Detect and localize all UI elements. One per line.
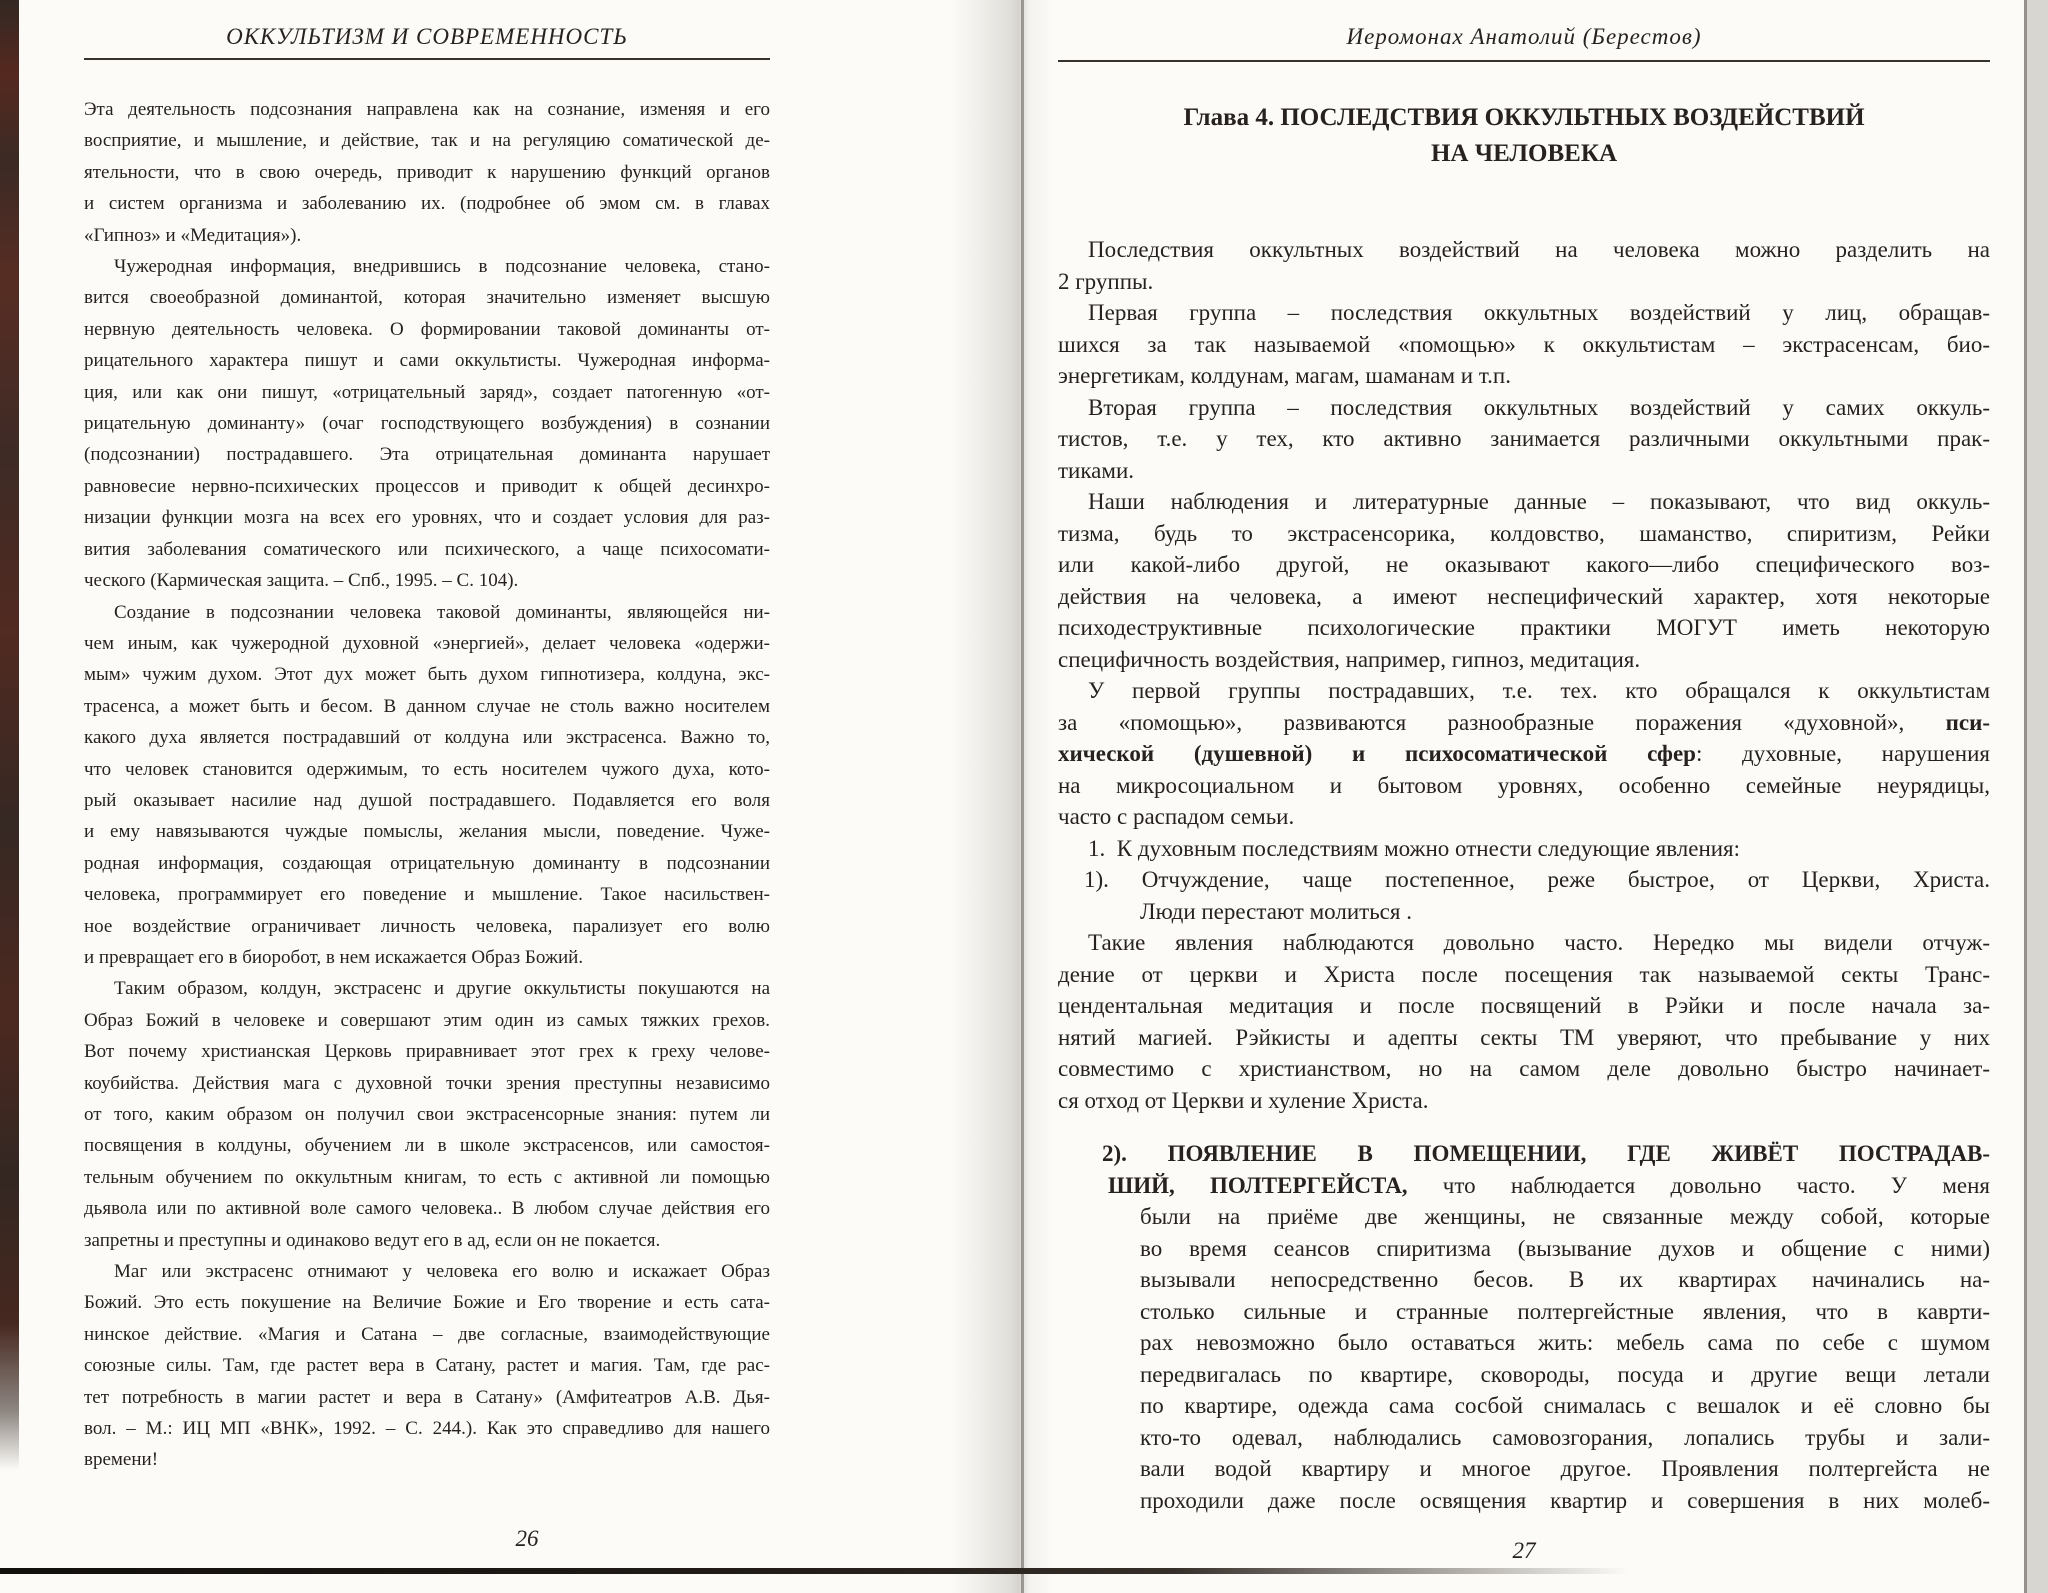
- page-number-left: 26: [84, 1524, 770, 1554]
- running-head-left: ОККУЛЬТИЗМ И СОВРЕМЕННОСТЬ: [84, 22, 770, 52]
- text-segment: рах невозможно было оставаться жить: меб…: [1140, 1330, 1990, 1355]
- text-line: посвящения в колдуны, обучением ли в шко…: [84, 1130, 770, 1161]
- text-line: шихся за так называемой «помощью» к окку…: [1058, 329, 1990, 361]
- text-segment: Первая группа – последствия оккультных в…: [1088, 300, 1990, 325]
- text-segment: и ему навязываются чуждые помыслы, желан…: [84, 821, 770, 842]
- text-segment: нятий магией. Рэйкисты и адепты секты ТМ…: [1058, 1025, 1990, 1050]
- text-segment: проходили даже после освящения квартир и…: [1140, 1488, 1990, 1513]
- text-line: или какой-либо другой, не оказывают како…: [1058, 549, 1990, 581]
- text-line: вится своеобразной доминантой, которая з…: [84, 282, 770, 313]
- text-segment: Создание в подсознании человека таковой …: [114, 602, 770, 623]
- text-line: рый оказывает насилие над душой пострада…: [84, 785, 770, 816]
- text-segment: и превращает его в биоробот, в нем искаж…: [84, 947, 583, 968]
- text-segment: «Гипноз» и «Медитация»).: [84, 225, 301, 246]
- text-segment: Эта деятельность подсознания направлена …: [84, 99, 770, 120]
- text-segment: человека, программирует его поведение и …: [84, 884, 770, 905]
- text-line: что человек становится одержимым, то ест…: [84, 754, 770, 785]
- text-segment: вол. – М.: ИЦ МП «ВНК», 1992. – С. 244.)…: [84, 1418, 770, 1439]
- text-segment: часто с распадом семьи.: [1058, 804, 1294, 829]
- text-line: ное воздействие ограничивает личность че…: [84, 911, 770, 942]
- book-scan: ОККУЛЬТИЗМ И СОВРЕМЕННОСТЬ Эта деятельно…: [0, 0, 2048, 1593]
- text-segment: специфичность воздействия, например, гип…: [1058, 647, 1640, 672]
- text-line: на микросоциальном и бытовом уровнях, ос…: [1058, 770, 1990, 802]
- text-line: за «помощью», развиваются разнообразные …: [1058, 707, 1990, 739]
- text-line: «Гипноз» и «Медитация»).: [84, 220, 770, 251]
- text-line: действия на человека, а имеют неспецифич…: [1058, 581, 1990, 613]
- text-line: восприятие, и мышление, и действие, так …: [84, 125, 770, 156]
- text-segment: ческого (Кармическая защита. – Спб., 199…: [84, 570, 518, 591]
- text-segment: дение от церкви и Христа после посещения…: [1058, 962, 1990, 987]
- text-line: были на приёме две женщины, не связанные…: [1058, 1201, 1990, 1233]
- text-segment: на микросоциальном и бытовом уровнях, ос…: [1058, 773, 1990, 798]
- header-rule-right: [1058, 60, 1990, 62]
- text-segment: рицательную доминанту» (очаг господствую…: [84, 413, 770, 434]
- bold-text-segment: ШИЙ, ПОЛТЕРГЕЙСТА,: [1108, 1173, 1408, 1198]
- text-line: трасенса, а может быть и бесом. В данном…: [84, 691, 770, 722]
- text-segment: тет потребность в магии растет и вера в …: [84, 1387, 770, 1408]
- text-line: столько сильные и странные полтергейстны…: [1058, 1296, 1990, 1328]
- text-segment: Наши наблюдения и литературные данные – …: [1088, 489, 1990, 514]
- text-segment: рый оказывает насилие над душой пострада…: [84, 790, 770, 811]
- text-line: часто с распадом семьи.: [1058, 801, 1990, 833]
- text-line: запретны и преступны и одинаково ведут е…: [84, 1225, 770, 1256]
- text-segment: Божий. Это есть покушение на Величие Бож…: [84, 1292, 770, 1313]
- text-line: энергетикам, колдунам, магам, шаманам и …: [1058, 360, 1990, 392]
- page-gutter-shadow: [950, 0, 1054, 1593]
- text-line: коубийства. Действия мага с духовной точ…: [84, 1068, 770, 1099]
- text-line: Наши наблюдения и литературные данные – …: [1058, 486, 1990, 518]
- text-line: Первая группа – последствия оккультных в…: [1058, 297, 1990, 329]
- text-line: проходили даже после освящения квартир и…: [1058, 1485, 1990, 1517]
- text-line: специфичность воздействия, например, гип…: [1058, 644, 1990, 676]
- text-segment: ятельности, что в свою очередь, приводит…: [84, 162, 770, 183]
- text-line: тистов, т.е. у тех, кто активно занимает…: [1058, 423, 1990, 455]
- text-line: дение от церкви и Христа после посещения…: [1058, 959, 1990, 991]
- text-line: тизма, будь то экстрасенсорика, колдовст…: [1058, 518, 1990, 550]
- text-segment: или какой-либо другой, не оказывают како…: [1058, 552, 1990, 577]
- text-line: нервную деятельность человека. О формиро…: [84, 314, 770, 345]
- text-line: вали водой квартиру и многое другое. Про…: [1058, 1453, 1990, 1485]
- text-segment: вится своеобразной доминантой, которая з…: [84, 287, 770, 308]
- running-head-right: Иеромонах Анатолий (Берестов): [1058, 22, 1990, 52]
- text-line: 1). Отчуждение, чаще постепенное, реже б…: [1058, 864, 1990, 896]
- text-segment: передвигалась по квартире, сковороды, по…: [1140, 1362, 1990, 1387]
- text-segment: столько сильные и странные полтергейстны…: [1140, 1299, 1990, 1324]
- text-line: Маг или экстрасенс отнимают у человека е…: [84, 1256, 770, 1287]
- text-line: чем иным, как чужеродной духовной «энерг…: [84, 628, 770, 659]
- text-line: Таким образом, колдун, экстрасенс и друг…: [84, 973, 770, 1004]
- text-segment: чем иным, как чужеродной духовной «энерг…: [84, 633, 770, 654]
- text-segment: ное воздействие ограничивает личность че…: [84, 916, 770, 937]
- page-body-left: Эта деятельность подсознания направлена …: [84, 94, 770, 1476]
- text-line: У первой группы пострадавших, т.е. тех. …: [1058, 675, 1990, 707]
- text-line: времени!: [84, 1444, 770, 1475]
- text-segment: тистов, т.е. у тех, кто активно занимает…: [1058, 426, 1990, 451]
- chapter-heading-line: Глава 4. ПОСЛЕДСТВИЯ ОККУЛЬТНЫХ ВОЗДЕЙСТ…: [1058, 100, 1990, 136]
- text-segment: Вот почему христианская Церковь приравни…: [84, 1041, 770, 1062]
- text-line: тельным обучением по оккультным книгам, …: [84, 1162, 770, 1193]
- scan-edge-left: [0, 0, 19, 1470]
- text-line: рицательную доминанту» (очаг господствую…: [84, 408, 770, 439]
- page-body-right: Последствия оккультных воздействий на че…: [1058, 234, 1990, 1516]
- text-segment: во время сеансов спиритизма (вызывание д…: [1140, 1236, 1990, 1261]
- text-line: по квартире, одежда сама сосбой снималас…: [1058, 1390, 1990, 1422]
- text-segment: Маг или экстрасенс отнимают у человека е…: [114, 1261, 770, 1282]
- text-segment: запретны и преступны и одинаково ведут е…: [84, 1230, 660, 1251]
- bold-text-segment: хической (душевной) и психосоматической …: [1058, 741, 1696, 766]
- text-segment: союзные силы. Там, где растет вера в Сат…: [84, 1355, 770, 1376]
- text-line: нятий магией. Рэйкисты и адепты секты ТМ…: [1058, 1022, 1990, 1054]
- text-line: какого духа является пострадавший от кол…: [84, 722, 770, 753]
- text-segment: Люди перестают молиться .: [1140, 899, 1412, 924]
- text-segment: посвящения в колдуны, обучением ли в шко…: [84, 1135, 770, 1156]
- text-segment: что наблюдается довольно часто. У меня: [1408, 1173, 1990, 1198]
- text-line: 1. К духовным последствиям можно отнести…: [1058, 833, 1990, 865]
- text-line: ческого (Кармическая защита. – Спб., 199…: [84, 565, 770, 596]
- text-line: низации функции мозга на всех его уровня…: [84, 502, 770, 533]
- scan-edge-right-line: [2024, 0, 2027, 1593]
- text-segment: действия на человека, а имеют неспецифич…: [1058, 584, 1990, 609]
- text-line: от того, каким образом он получил свои э…: [84, 1099, 770, 1130]
- text-line: вол. – М.: ИЦ МП «ВНК», 1992. – С. 244.)…: [84, 1413, 770, 1444]
- bold-text-segment: пси-: [1946, 710, 1990, 735]
- text-segment: Образ Божий в человеке и совершают этим …: [84, 1010, 770, 1031]
- text-segment: были на приёме две женщины, не связанные…: [1140, 1204, 1990, 1229]
- text-segment: ция, или как они пишут, «отрицательный з…: [84, 382, 770, 403]
- text-segment: 1. К духовным последствиям можно отнести…: [1088, 836, 1740, 861]
- text-segment: совместимо с христианством, но на самом …: [1058, 1056, 1990, 1081]
- text-line: ция, или как они пишут, «отрицательный з…: [84, 377, 770, 408]
- page-number-right: 27: [1058, 1536, 1990, 1566]
- text-segment: что человек становится одержимым, то ест…: [84, 759, 770, 780]
- page-left: ОККУЛЬТИЗМ И СОВРЕМЕННОСТЬ Эта деятельно…: [84, 22, 770, 1554]
- text-segment: психодеструктивные психологические практ…: [1058, 615, 1990, 640]
- text-line: совместимо с христианством, но на самом …: [1058, 1053, 1990, 1085]
- text-line: ся отход от Церкви и хуление Христа.: [1058, 1085, 1990, 1117]
- text-line: союзные силы. Там, где растет вера в Сат…: [84, 1350, 770, 1381]
- text-segment: У первой группы пострадавших, т.е. тех. …: [1088, 678, 1990, 703]
- text-segment: коубийства. Действия мага с духовной точ…: [84, 1073, 770, 1094]
- text-line: вызывали непосредственно бесов. В их ква…: [1058, 1264, 1990, 1296]
- text-segment: ся отход от Церкви и хуление Христа.: [1058, 1088, 1428, 1113]
- text-segment: вития заболевания соматического или псих…: [84, 539, 770, 560]
- text-segment: равновесие нервно-психических процессов …: [84, 476, 770, 497]
- text-line: ШИЙ, ПОЛТЕРГЕЙСТА, что наблюдается довол…: [1058, 1170, 1990, 1202]
- text-line: и превращает его в биоробот, в нем искаж…: [84, 942, 770, 973]
- text-segment: и систем организма и заболеванию их. (по…: [84, 193, 770, 214]
- text-segment: по квартире, одежда сама сосбой снималас…: [1140, 1393, 1990, 1418]
- text-line: рицательного характера пишут и сами окку…: [84, 345, 770, 376]
- bold-text-segment: 2). ПОЯВЛЕНИЕ В ПОМЕЩЕНИИ, ГДЕ ЖИВЁТ ПОС…: [1102, 1141, 1990, 1166]
- text-line: тет потребность в магии растет и вера в …: [84, 1382, 770, 1413]
- text-line: ятельности, что в свою очередь, приводит…: [84, 157, 770, 188]
- text-line: передвигалась по квартире, сковороды, по…: [1058, 1359, 1990, 1391]
- text-segment: времени!: [84, 1449, 158, 1470]
- text-segment: (подсознании) пострадавшего. Эта отрицат…: [84, 444, 770, 465]
- text-line: хической (душевной) и психосоматической …: [1058, 738, 1990, 770]
- text-line: дьявола или по активной воле самого чело…: [84, 1193, 770, 1224]
- text-line: Образ Божий в человеке и совершают этим …: [84, 1005, 770, 1036]
- text-segment: 1). Отчуждение, чаще постепенное, реже б…: [1084, 867, 1990, 892]
- scan-edge-right: [2027, 0, 2048, 1593]
- chapter-heading: Глава 4. ПОСЛЕДСТВИЯ ОККУЛЬТНЫХ ВОЗДЕЙСТ…: [1058, 100, 1990, 172]
- text-segment: тизма, будь то экстрасенсорика, колдовст…: [1058, 521, 1990, 546]
- text-line: равновесие нервно-психических процессов …: [84, 471, 770, 502]
- text-line: Божий. Это есть покушение на Величие Бож…: [84, 1287, 770, 1318]
- text-segment: родная информация, создающая отрицательн…: [84, 853, 770, 874]
- text-segment: 2 группы.: [1058, 269, 1153, 294]
- text-segment: вызывали непосредственно бесов. В их ква…: [1140, 1267, 1990, 1292]
- text-segment: Чужеродная информация, внедрившись в под…: [114, 256, 770, 277]
- text-line: во время сеансов спиритизма (вызывание д…: [1058, 1233, 1990, 1265]
- text-line: цендентальная медитация и после посвящен…: [1058, 990, 1990, 1022]
- text-segment: тельным обучением по оккультным книгам, …: [84, 1167, 770, 1188]
- text-line: мым» чужим духом. Этот дух может быть ду…: [84, 659, 770, 690]
- text-line: Такие явления наблюдаются довольно часто…: [1058, 927, 1990, 959]
- page-gutter-line: [1021, 0, 1024, 1593]
- text-segment: цендентальная медитация и после посвящен…: [1058, 993, 1990, 1018]
- text-line: Эта деятельность подсознания направлена …: [84, 94, 770, 125]
- text-line: психодеструктивные психологические практ…: [1058, 612, 1990, 644]
- text-line: Создание в подсознании человека таковой …: [84, 597, 770, 628]
- text-segment: низации функции мозга на всех его уровня…: [84, 507, 770, 528]
- text-segment: от того, каким образом он получил свои э…: [84, 1104, 770, 1125]
- text-segment: Таким образом, колдун, экстрасенс и друг…: [114, 978, 770, 999]
- text-line: и ему навязываются чуждые помыслы, желан…: [84, 816, 770, 847]
- text-line: Вот почему христианская Церковь приравни…: [84, 1036, 770, 1067]
- chapter-heading-line: НА ЧЕЛОВЕКА: [1058, 136, 1990, 172]
- text-segment: Такие явления наблюдаются довольно часто…: [1088, 930, 1990, 955]
- text-line: рах невозможно было оставаться жить: меб…: [1058, 1327, 1990, 1359]
- text-line: (подсознании) пострадавшего. Эта отрицат…: [84, 439, 770, 470]
- text-line: 2). ПОЯВЛЕНИЕ В ПОМЕЩЕНИИ, ГДЕ ЖИВЁТ ПОС…: [1058, 1138, 1990, 1170]
- text-segment: рицательного характера пишут и сами окку…: [84, 350, 770, 371]
- text-segment: мым» чужим духом. Этот дух может быть ду…: [84, 664, 770, 685]
- text-line: и систем организма и заболеванию их. (по…: [84, 188, 770, 219]
- text-line: 2 группы.: [1058, 266, 1990, 298]
- text-segment: шихся за так называемой «помощью» к окку…: [1058, 332, 1990, 357]
- text-segment: кто-то одевал, наблюдались самовозгорани…: [1140, 1425, 1990, 1450]
- text-segment: Последствия оккультных воздействий на че…: [1088, 237, 1990, 262]
- text-line: Последствия оккультных воздействий на че…: [1058, 234, 1990, 266]
- page-right: Иеромонах Анатолий (Берестов) Глава 4. П…: [1058, 22, 1990, 1566]
- text-segment: нинское действие. «Магия и Сатана – две …: [84, 1324, 770, 1345]
- text-segment: какого духа является пострадавший от кол…: [84, 727, 770, 748]
- text-segment: Вторая группа – последствия оккультных в…: [1088, 395, 1990, 420]
- text-line: нинское действие. «Магия и Сатана – две …: [84, 1319, 770, 1350]
- text-line: вития заболевания соматического или псих…: [84, 534, 770, 565]
- text-line: родная информация, создающая отрицательн…: [84, 848, 770, 879]
- text-line: Чужеродная информация, внедрившись в под…: [84, 251, 770, 282]
- scan-edge-bottom: [0, 1568, 1630, 1574]
- text-segment: вали водой квартиру и многое другое. Про…: [1140, 1456, 1990, 1481]
- text-line: тиками.: [1058, 455, 1990, 487]
- text-line: Вторая группа – последствия оккультных в…: [1058, 392, 1990, 424]
- text-segment: дьявола или по активной воле самого чело…: [84, 1198, 770, 1219]
- text-line: Люди перестают молиться .: [1058, 896, 1990, 928]
- text-segment: : духовные, нарушения: [1696, 741, 1990, 766]
- text-segment: тиками.: [1058, 458, 1134, 483]
- header-rule-left: [84, 58, 770, 60]
- text-segment: восприятие, и мышление, и действие, так …: [84, 130, 770, 151]
- text-segment: энергетикам, колдунам, магам, шаманам и …: [1058, 363, 1511, 388]
- text-line: человека, программирует его поведение и …: [84, 879, 770, 910]
- text-segment: трасенса, а может быть и бесом. В данном…: [84, 696, 770, 717]
- text-line: кто-то одевал, наблюдались самовозгорани…: [1058, 1422, 1990, 1454]
- text-segment: за «помощью», развиваются разнообразные …: [1058, 710, 1946, 735]
- text-segment: нервную деятельность человека. О формиро…: [84, 319, 770, 340]
